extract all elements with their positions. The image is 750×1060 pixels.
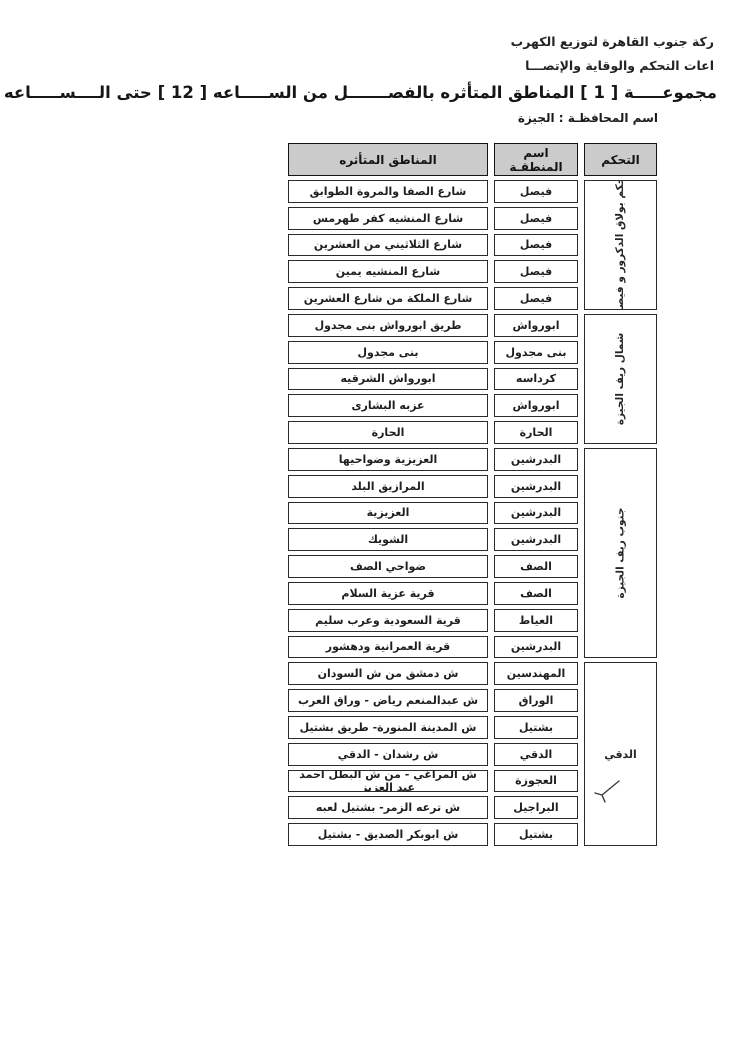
area-name-cell: البدرشين bbox=[494, 502, 578, 525]
affected-area-cell: ش عبدالمنعم رياض - وراق العرب bbox=[288, 689, 488, 712]
affected-area-cell: ش دمشق من ش السودان bbox=[288, 662, 488, 685]
affected-area-cell: الحارة bbox=[288, 421, 488, 444]
affected-area-cell: بنى مجدول bbox=[288, 341, 488, 364]
area-name-cell: العجوزة bbox=[494, 770, 578, 793]
area-name-cell: العياط bbox=[494, 609, 578, 632]
control-group-label: تحكم بولاق الدكرور و فيصل bbox=[615, 180, 627, 310]
affected-area-cell: طريق ابورواش بنى مجدول bbox=[288, 314, 488, 337]
area-name-cell: ابورواش bbox=[494, 314, 578, 337]
area-name-cell: الصف bbox=[494, 555, 578, 578]
affected-area-cell: شارع الملكة من شارع العشرين bbox=[288, 287, 488, 310]
page-title: مجموعـــــة [ 1 ] المناطق المتأثره بالفص… bbox=[0, 83, 717, 102]
area-name-cell: البدرشين bbox=[494, 475, 578, 498]
area-name-cell: البدرشين bbox=[494, 636, 578, 659]
affected-area-cell: ش ابوبكر الصديق - بشتيل bbox=[288, 823, 488, 846]
area-name-cell: ابورواش bbox=[494, 394, 578, 417]
affected-area-cell: قرية السعودية وعرب سليم bbox=[288, 609, 488, 632]
outage-schedule-table: التحكم اسم المنطقـة المناطق المتأثره تحك… bbox=[288, 143, 657, 846]
table-header-affected-areas: المناطق المتأثره bbox=[288, 143, 488, 176]
area-name-cell: الصف bbox=[494, 582, 578, 605]
area-name-cell: البدرشين bbox=[494, 528, 578, 551]
governorate-label: اسم المحافظـة : الجيزة bbox=[518, 111, 658, 125]
area-name-cell: الوراق bbox=[494, 689, 578, 712]
affected-area-cell: قرية العمرانية ودهشور bbox=[288, 636, 488, 659]
control-group-cell: تحكم بولاق الدكرور و فيصل bbox=[584, 180, 657, 310]
control-group-cell: الدقي bbox=[584, 662, 657, 846]
control-group-label: جنوب ريف الجيزة bbox=[614, 508, 626, 599]
affected-area-cell: شارع المنشيه كفر طهرمس bbox=[288, 207, 488, 230]
area-name-cell: البدرشين bbox=[494, 448, 578, 471]
area-name-cell: الحارة bbox=[494, 421, 578, 444]
area-name-cell: فيصل bbox=[494, 180, 578, 203]
area-name-cell: بنى مجدول bbox=[494, 341, 578, 364]
area-name-cell: المهندسين bbox=[494, 662, 578, 685]
affected-area-cell: ش المدينة المنورة- طريق بشتيل bbox=[288, 716, 488, 739]
area-name-cell: فيصل bbox=[494, 260, 578, 283]
affected-area-cell: قرية عزية السلام bbox=[288, 582, 488, 605]
affected-area-cell: ش ترعه الزمر- بشتيل لعبه bbox=[288, 796, 488, 819]
company-name: ركة جنوب القاهرة لتوزيع الكهرب bbox=[511, 34, 714, 49]
area-name-cell: كرداسه bbox=[494, 368, 578, 391]
control-group-label: شمال ريف الجيزة bbox=[614, 333, 626, 425]
affected-area-cell: الشويك bbox=[288, 528, 488, 551]
affected-area-cell: شارع المنشيه يمين bbox=[288, 260, 488, 283]
area-name-cell: البراجيل bbox=[494, 796, 578, 819]
affected-area-cell: عزبه البشارى bbox=[288, 394, 488, 417]
area-name-cell: فيصل bbox=[494, 207, 578, 230]
affected-area-cell: العزيزية وضواحيها bbox=[288, 448, 488, 471]
area-name-cell: فيصل bbox=[494, 287, 578, 310]
area-name-cell: بشتيل bbox=[494, 716, 578, 739]
control-group-cell: جنوب ريف الجيزة bbox=[584, 448, 657, 658]
affected-area-cell: العزيزية bbox=[288, 502, 488, 525]
affected-area-cell: شارع الصفا والمروة الطوابق bbox=[288, 180, 488, 203]
control-group-label: الدقي bbox=[604, 748, 637, 761]
table-header-area-name: اسم المنطقـة bbox=[494, 143, 578, 176]
affected-area-cell: ابورواش الشرقيه bbox=[288, 368, 488, 391]
area-name-cell: فيصل bbox=[494, 234, 578, 257]
handwritten-check-mark bbox=[588, 778, 622, 804]
affected-area-cell: ش المراغي - من ش البطل احمد عبد العزيز bbox=[288, 770, 488, 793]
scanned-document-page: ركة جنوب القاهرة لتوزيع الكهرب اعات التح… bbox=[0, 0, 750, 1060]
department-line: اعات التحكم والوقاية والإتصـــا bbox=[525, 58, 714, 73]
affected-area-cell: شارع الثلاثيني من العشرين bbox=[288, 234, 488, 257]
table-header-control: التحكم bbox=[584, 143, 657, 176]
affected-area-cell: ضواحي الصف bbox=[288, 555, 488, 578]
affected-area-cell: المرازيق البلد bbox=[288, 475, 488, 498]
affected-area-cell: ش رشدان - الدقي bbox=[288, 743, 488, 766]
control-group-cell: شمال ريف الجيزة bbox=[584, 314, 657, 444]
area-name-cell: الدقي bbox=[494, 743, 578, 766]
area-name-cell: بشتيل bbox=[494, 823, 578, 846]
